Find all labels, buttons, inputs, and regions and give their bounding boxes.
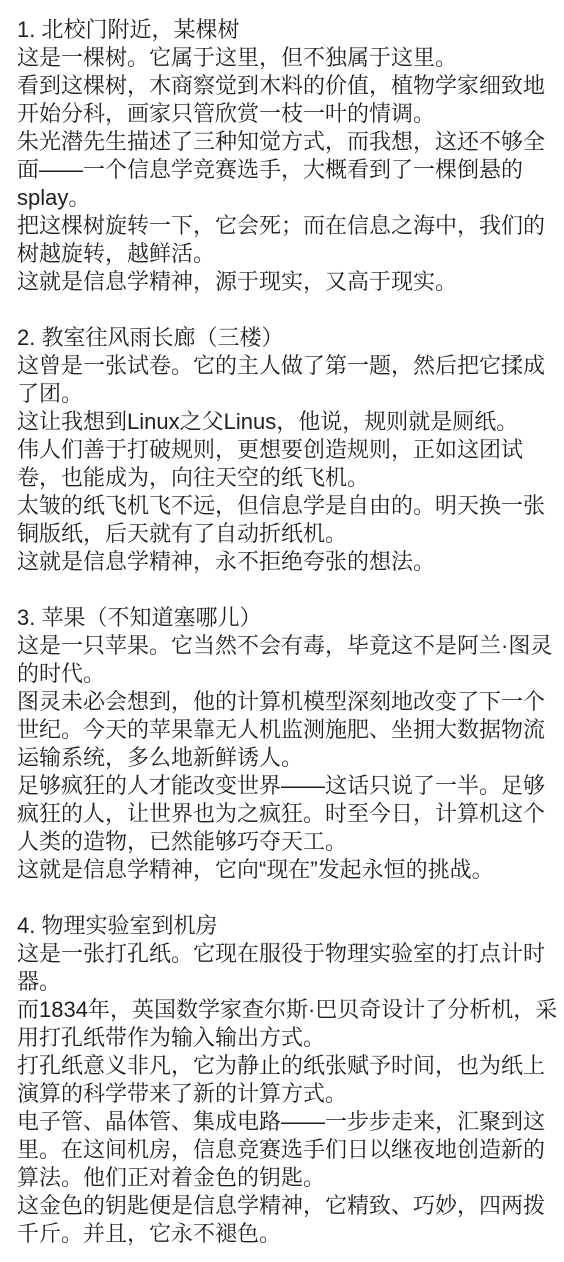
text-line: 人类的造物，已然能够巧夺天工。 [17, 828, 550, 856]
text-line: 面——一个信息学竞赛选手，大概看到了一棵倒悬的 [17, 156, 550, 184]
section-1: 1. 北校门附近，某棵树这是一棵树。它属于这里，但不独属于这里。看到这棵树，木商… [17, 16, 550, 296]
text-line: 把这棵树旋转一下，它会死；而在信息之海中，我们的 [17, 212, 550, 240]
text-line: 这让我想到Linux之父Linus，他说，规则就是厕纸。 [17, 408, 550, 436]
text-line: 这就是信息学精神，源于现实，又高于现实。 [17, 268, 550, 296]
text-line: 疯狂的人，让世界也为之疯狂。时至今日，计算机这个 [17, 800, 550, 828]
text-line: 足够疯狂的人才能改变世界——这话只说了一半。足够 [17, 772, 550, 800]
text-line: 里。在这间机房，信息竞赛选手们日以继夜地创造新的 [17, 1136, 550, 1164]
text-line: 运输系统，多么地新鲜诱人。 [17, 744, 550, 772]
text-line: 世纪。今天的苹果靠无人机监测施肥、坐拥大数据物流 [17, 716, 550, 744]
text-line: 打孔纸意义非凡，它为静止的纸张赋予时间，也为纸上 [17, 1052, 550, 1080]
text-line: 器。 [17, 968, 550, 996]
section-3-heading-line: 3. 苹果（不知道塞哪儿） [17, 604, 550, 632]
section-4: 4. 物理实验室到机房这是一张打孔纸。它现在服役于物理实验室的打点计时器。而18… [17, 912, 550, 1248]
section-1-heading-line: 1. 北校门附近，某棵树 [17, 16, 550, 44]
section-4-heading-line: 4. 物理实验室到机房 [17, 912, 550, 940]
text-line: 太皱的纸飞机飞不远，但信息学是自由的。明天换一张 [17, 492, 550, 520]
text-line: 而1834年，英国数学家查尔斯·巴贝奇设计了分析机，采 [17, 996, 550, 1024]
section-2: 2. 教室往风雨长廊（三楼）这曾是一张试卷。它的主人做了第一题，然后把它揉成了团… [17, 324, 550, 576]
text-line: 算法。他们正对着金色的钥匙。 [17, 1164, 550, 1192]
document-body: 1. 北校门附近，某棵树这是一棵树。它属于这里，但不独属于这里。看到这棵树，木商… [0, 0, 564, 1248]
text-line: 这是一棵树。它属于这里，但不独属于这里。 [17, 44, 550, 72]
text-line: 树越旋转，越鲜活。 [17, 240, 550, 268]
text-line: 这就是信息学精神，它向“现在”发起永恒的挑战。 [17, 856, 550, 884]
text-line: 的时代。 [17, 660, 550, 688]
text-line: 铜版纸，后天就有了自动折纸机。 [17, 520, 550, 548]
text-line: 卷，也能成为，向往天空的纸飞机。 [17, 464, 550, 492]
text-line: 这曾是一张试卷。它的主人做了第一题，然后把它揉成 [17, 352, 550, 380]
text-line: 开始分科，画家只管欣赏一枝一叶的情调。 [17, 100, 550, 128]
text-line: 这是一张打孔纸。它现在服役于物理实验室的打点计时 [17, 940, 550, 968]
text-line: splay。 [17, 184, 550, 212]
text-line: 这金色的钥匙便是信息学精神，它精致、巧妙，四两拨 [17, 1192, 550, 1220]
text-line: 了团。 [17, 380, 550, 408]
text-line: 千斤。并且，它永不褪色。 [17, 1220, 550, 1248]
text-line: 伟人们善于打破规则，更想要创造规则，正如这团试 [17, 436, 550, 464]
text-line: 用打孔纸带作为输入输出方式。 [17, 1024, 550, 1052]
text-line: 电子管、晶体管、集成电路——一步步走来，汇聚到这 [17, 1108, 550, 1136]
text-line: 看到这棵树，木商察觉到木料的价值，植物学家细致地 [17, 72, 550, 100]
section-3: 3. 苹果（不知道塞哪儿）这是一只苹果。它当然不会有毒，毕竟这不是阿兰·图灵的时… [17, 604, 550, 884]
section-2-heading-line: 2. 教室往风雨长廊（三楼） [17, 324, 550, 352]
text-line: 这就是信息学精神，永不拒绝夸张的想法。 [17, 548, 550, 576]
text-line: 朱光潜先生描述了三种知觉方式，而我想，这还不够全 [17, 128, 550, 156]
text-line: 演算的科学带来了新的计算方式。 [17, 1080, 550, 1108]
text-line: 图灵未必会想到，他的计算机模型深刻地改变了下一个 [17, 688, 550, 716]
text-line: 这是一只苹果。它当然不会有毒，毕竟这不是阿兰·图灵 [17, 632, 550, 660]
